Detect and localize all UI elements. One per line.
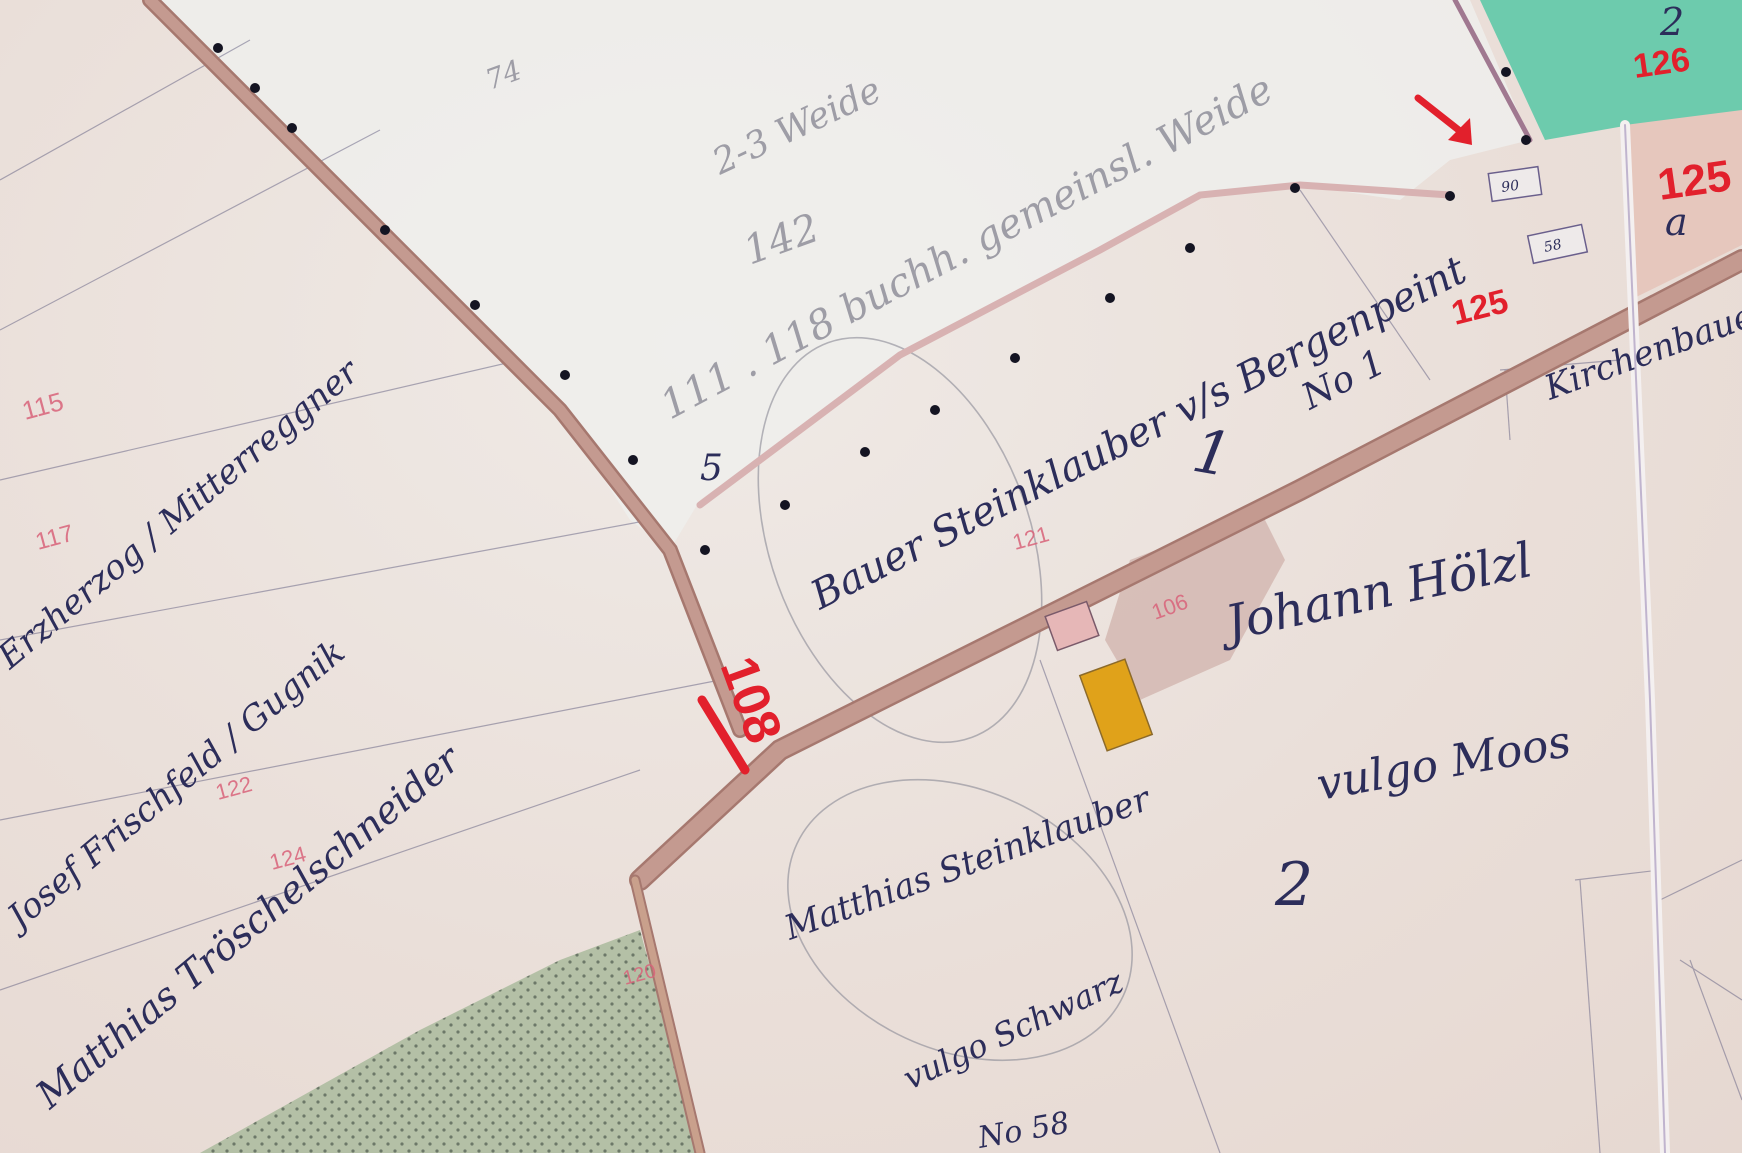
owner-label-matthias-steinklauber[interactable]: Matthias Steinklauber [778, 778, 1156, 948]
label-2-top: 2 [1659, 0, 1684, 44]
label-a: a [1665, 200, 1688, 244]
label-2: 2 [1274, 850, 1313, 920]
label-5: 5 [700, 448, 723, 489]
parcel-number-122[interactable]: 122 [213, 771, 255, 805]
owner-label-vulgo-moos[interactable]: vulgo Moos [1313, 716, 1574, 811]
map-canvas: 108 125 125 126 115 117 122 124 121 106 … [0, 0, 1742, 1153]
owner-label-vulgo-schwarz[interactable]: vulgo Schwarz [897, 962, 1130, 1097]
parcel-number-121[interactable]: 121 [1010, 521, 1052, 555]
parcel-number-126[interactable]: 126 [1631, 40, 1692, 86]
parcel-number-115[interactable]: 115 [19, 386, 67, 426]
parcel-number-117[interactable]: 117 [33, 520, 77, 556]
building-number-90: 90 [1500, 178, 1520, 196]
cadastral-map[interactable]: 108 125 125 126 115 117 122 124 121 106 … [0, 0, 1742, 1153]
label-no-58: No 58 [974, 1105, 1072, 1153]
